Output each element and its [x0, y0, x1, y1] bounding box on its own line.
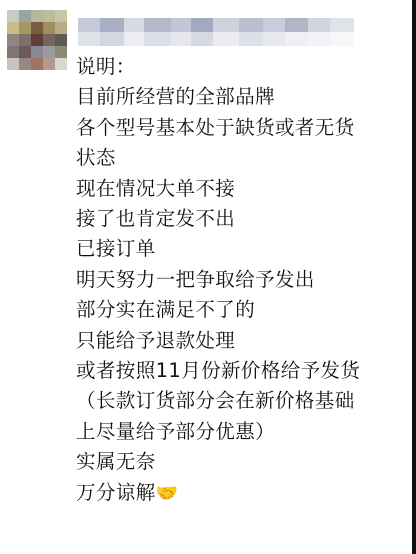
- post-line-last: 万分谅解🤝: [76, 478, 412, 509]
- post-line: 状态: [76, 143, 412, 173]
- frame-border: [412, 0, 416, 554]
- post-line: 部分实在满足不了的: [76, 295, 412, 325]
- avatar[interactable]: [7, 10, 67, 70]
- post-line: 已接订单: [76, 234, 412, 264]
- post-line: （长款订货部分会在新价格基础: [76, 386, 412, 416]
- post-line: 目前所经营的全部品牌: [76, 82, 412, 112]
- handshake-icon: 🤝: [156, 483, 179, 504]
- post-line: 现在情况大单不接: [76, 174, 412, 204]
- post-line: 或者按照11月份新价格给予发货: [76, 356, 412, 386]
- post-line: 明天努力一把争取给予发出: [76, 265, 412, 295]
- author-name-blurred[interactable]: [78, 18, 354, 46]
- post-line-text: 万分谅解: [76, 481, 156, 504]
- post-line: 实属无奈: [76, 447, 412, 477]
- post-line: 只能给予退款处理: [76, 326, 412, 356]
- post-line: 接了也肯定发不出: [76, 204, 412, 234]
- post-body: 说明： 目前所经营的全部品牌 各个型号基本处于缺货或者无货 状态 现在情况大单不…: [76, 52, 412, 509]
- post-line: 上尽量给予部分优惠）: [76, 417, 412, 447]
- post-line: 说明：: [76, 52, 412, 82]
- post-line: 各个型号基本处于缺货或者无货: [76, 113, 412, 143]
